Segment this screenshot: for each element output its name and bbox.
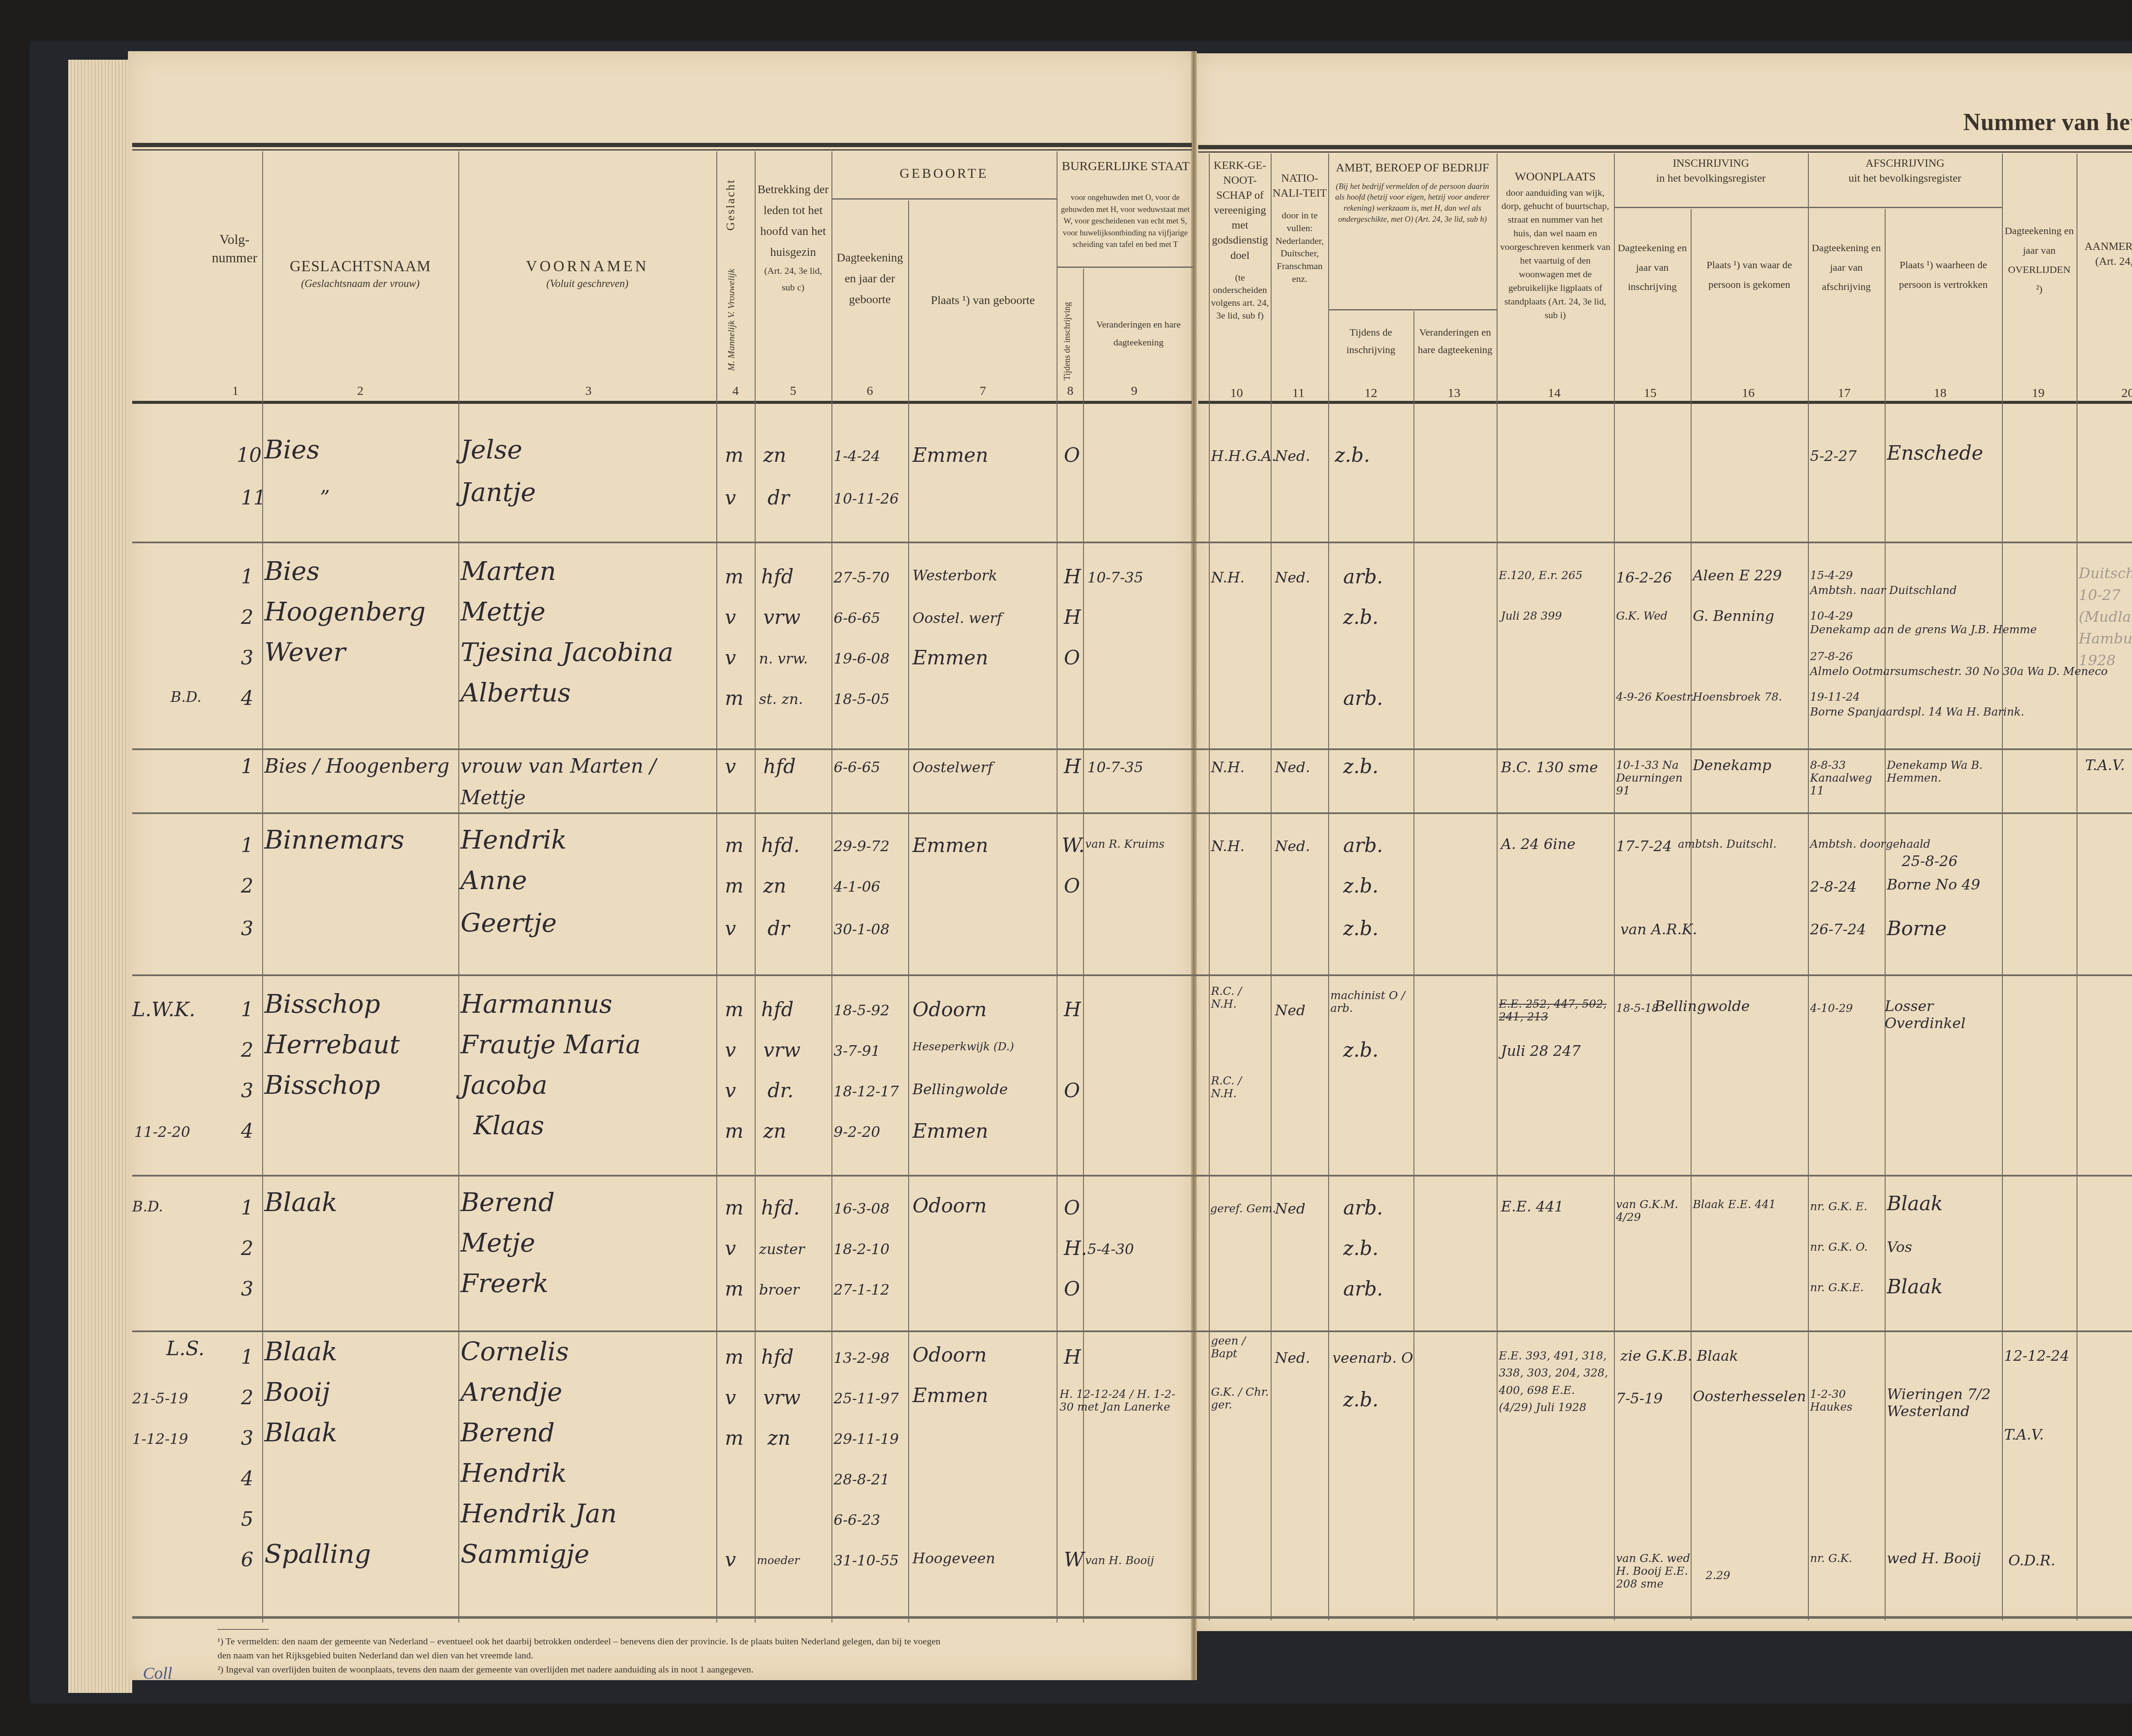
out-date: 2-8-24	[1810, 878, 1857, 896]
residence: A. 24 6ine	[1501, 836, 1576, 853]
col-number: 15	[1637, 386, 1663, 400]
in-from: Denekamp	[1693, 757, 1771, 774]
footnote-rule	[217, 1629, 269, 1630]
household-separator	[132, 542, 2132, 543]
col-number: 20	[2115, 386, 2132, 400]
row-no: 4	[241, 1467, 253, 1490]
nationality: Ned.	[1275, 759, 1310, 776]
header-col9: Veranderingen en hare dagteekening	[1085, 316, 1192, 351]
header-geslachtsnaam-sub: (Geslachtsnaam der vrouw)	[264, 277, 456, 291]
in-from: ambtsh. Duitschl.	[1678, 838, 1776, 851]
row-no: 2	[241, 1386, 253, 1409]
given-names: Klaas	[473, 1111, 544, 1141]
in-from: Oosterhesselen	[1693, 1388, 1806, 1405]
birth-place: Heseperkwijk (D.)	[912, 1040, 1014, 1053]
in-from: Bellingwolde	[1654, 998, 1750, 1015]
occupation: machinist O / arb.	[1330, 989, 1411, 1015]
burgerlijke-staat-subrule	[1057, 267, 1193, 268]
given-names: Jelse	[461, 435, 522, 465]
sex: m	[725, 998, 744, 1021]
col-divider	[1328, 154, 1329, 1620]
civil-change: van R. Kruims	[1085, 838, 1164, 851]
row-no: 3	[241, 1277, 253, 1300]
col-number: 1	[223, 384, 248, 398]
row-no: 3	[241, 917, 253, 940]
church: H.H.G.A.	[1211, 448, 1276, 465]
residence: E.E. 252, 447, 502, 241, 213	[1499, 998, 1610, 1023]
occupation: veenarb. O	[1332, 1350, 1413, 1367]
header-geslachtsnaam-title: GESLACHTSNAAM	[264, 256, 456, 277]
surname: Bies	[264, 435, 320, 465]
header-nationaliteit: NATIO-NALI-TEIT door in te vullen: Neder…	[1272, 171, 1327, 285]
out-to: Vos	[1887, 1239, 1912, 1256]
col-number: 6	[857, 384, 883, 398]
given-names: Berend	[461, 1188, 555, 1217]
col-divider	[716, 151, 717, 1623]
margin-note: L.W.K.	[132, 998, 195, 1021]
col-number: 8	[1057, 384, 1083, 398]
civil-status: H. 12-12-24 / H. 1-2-30 met Jan Lanerke	[1060, 1388, 1188, 1414]
page-edges	[68, 60, 132, 1693]
col-divider	[262, 151, 263, 1623]
table-bottom-rule	[132, 1616, 2132, 1619]
sex: v	[725, 1237, 736, 1260]
header-betrekking-title: Betrekking der leden tot het hoofd van h…	[757, 179, 829, 263]
row-no: 2	[241, 1038, 253, 1061]
col-number: 16	[1735, 386, 1761, 400]
out-date: nr. G.K.E.	[1810, 1281, 1864, 1294]
relation: hfd	[761, 565, 794, 588]
church: geen / Bapt	[1211, 1335, 1271, 1360]
surname: Bisschop	[264, 989, 380, 1019]
sex: m	[725, 874, 744, 897]
household-separator	[132, 974, 2132, 976]
header-geslachtsnaam: GESLACHTSNAAM (Geslachtsnaam der vrouw)	[264, 256, 456, 291]
residence: Juli 28 399	[1501, 610, 1562, 623]
out-to: Blaak	[1887, 1192, 1943, 1215]
in-date: 16-2-26	[1616, 569, 1672, 586]
in-date: 10-1-33 Na Deurningen 91	[1616, 759, 1689, 797]
out-to: Borne No 49	[1887, 876, 1980, 893]
birth-place: Emmen	[912, 443, 988, 467]
header-col8: Tijdens de inschrijving	[1062, 299, 1073, 384]
church: N.H.	[1211, 759, 1245, 776]
header-volgnummer: Volg-nummer	[209, 230, 260, 267]
header-afschrijving-title: AFSCHRIJVING	[1808, 156, 2002, 171]
civil-status: W	[1064, 1548, 1084, 1571]
birth-date: 4-1-06	[834, 878, 881, 896]
surname: Spalling	[264, 1539, 371, 1569]
sex: v	[725, 1038, 736, 1061]
given-names: Mettje	[461, 597, 545, 627]
nationality: Ned.	[1275, 448, 1310, 465]
header-col6: Dagteekening en jaar der geboorte	[834, 247, 906, 310]
birth-date: 27-1-12	[834, 1281, 889, 1298]
civil-status: W.	[1062, 834, 1085, 857]
relation: hfd.	[761, 834, 800, 857]
in-date: van G.K. wed H. Booij E.E. 208 sme	[1616, 1552, 1697, 1591]
in-date: 17-7-24	[1616, 838, 1672, 855]
row-no: 10	[237, 443, 262, 467]
header-betrekking-sub: (Art. 24, 3e lid, sub c)	[757, 263, 829, 296]
row-no: 1	[241, 565, 253, 588]
out-date: 10-4-29	[1810, 610, 1853, 623]
given-names: Tjesina Jacobina	[461, 638, 673, 667]
birth-date: 18-5-92	[834, 1002, 889, 1019]
sex: m	[725, 1345, 744, 1368]
row-no: 2	[241, 1237, 253, 1260]
out-to: Denekamp Wa B. Hemmen.	[1887, 759, 1998, 785]
header-col10-sub: (te onderscheiden volgens art. 24, 3e li…	[1210, 271, 1270, 322]
col-number: 9	[1121, 384, 1147, 398]
birth-date: 18-2-10	[834, 1241, 889, 1258]
header-geslacht-sub: M. Mannelijk V. Vrouwelijk	[725, 264, 738, 375]
footnote-1: ¹) Te vermelden: den naam der gemeente v…	[217, 1634, 942, 1662]
header-top-thin-left	[132, 149, 1192, 151]
given-names: Albertus	[461, 678, 571, 708]
church: N.H.	[1211, 838, 1245, 855]
header-col15: Dagteekening en jaar van inschrijving	[1616, 239, 1689, 297]
given-names: Marten	[461, 556, 556, 586]
nationality: Ned	[1275, 1002, 1306, 1019]
civil-status: O	[1064, 1196, 1080, 1219]
book-gutter	[1191, 51, 1197, 1680]
col-number: 2	[348, 384, 373, 398]
header-col10-title: KERK-GE-NOOT-SCHAP of vereeniging met go…	[1210, 158, 1270, 263]
in-from: 2.29	[1706, 1569, 1730, 1582]
col-divider	[2077, 154, 2077, 1620]
relation: dr	[768, 917, 789, 940]
death-date: 12-12-24	[2004, 1348, 2069, 1365]
occupation: z.b.	[1343, 1388, 1379, 1411]
header-afschrijving: AFSCHRIJVING uit het bevolkingsregister	[1808, 156, 2002, 185]
relation: zn	[763, 443, 786, 467]
church: N.H.	[1211, 569, 1245, 586]
out-to: Ambtsh. naar Duitschland	[1810, 584, 1957, 597]
header-ambt: AMBT, BEROEP OF BEDRIJF (Bij het bedrijf…	[1330, 160, 1495, 225]
in-date: G.K. Wed	[1616, 610, 1668, 623]
out-to: Wieringen 7/2 Westerland	[1887, 1386, 1998, 1420]
margin-note: 1-12-19	[132, 1431, 188, 1448]
surname: Bies	[264, 556, 320, 586]
header-top-rule-left	[132, 143, 1192, 147]
residence: E.E. 393, 491, 318, 338, 303, 204, 328, …	[1499, 1348, 1612, 1416]
given-names: Frautje Maria	[461, 1030, 641, 1060]
surname: Bisschop	[264, 1070, 380, 1100]
in-from: Hoensbroek 78.	[1693, 691, 1782, 704]
out-date: 26-7-24	[1810, 921, 1866, 938]
header-woonplaats: WOONPLAATS door aanduiding van wijk, dor…	[1499, 168, 1612, 322]
given-names: vrouw van Marten / Mettje	[461, 751, 712, 813]
row-no: 1	[241, 834, 253, 857]
occupation: arb.	[1343, 834, 1383, 857]
civil-change: 5-4-30	[1087, 1241, 1134, 1258]
relation: hfd	[763, 755, 796, 778]
sex: v	[725, 917, 736, 940]
death-date: T.A.V.	[2004, 1426, 2044, 1443]
birth-date: 29-9-72	[834, 838, 889, 855]
header-geslacht: Geslacht	[723, 162, 739, 247]
out-date: nr. G.K. E.	[1810, 1200, 1867, 1213]
birth-date: 6-6-23	[834, 1512, 881, 1529]
church: geref. Gem.	[1210, 1203, 1276, 1215]
header-voornamen-sub: (Voluit geschreven)	[461, 277, 714, 291]
margin-note-coll: Coll	[143, 1663, 172, 1683]
header-voornamen-title: VOORNAMEN	[461, 256, 714, 277]
row-no: 1	[241, 1196, 253, 1219]
household-separator	[132, 748, 2132, 750]
in-date: van A.R.K.	[1620, 921, 1697, 938]
header-col16: Plaats ¹) van waar de persoon is gekomen	[1693, 256, 1806, 295]
header-col20-title: AANMERKINGEN	[2079, 239, 2132, 254]
occupation: z.b.	[1343, 874, 1379, 897]
relation: moeder	[757, 1554, 799, 1567]
surname: Bies / Hoogenberg	[264, 751, 456, 782]
surname: Herrebaut	[264, 1030, 400, 1060]
footnote-2: ²) Ingeval van overlijden buiten de woon…	[217, 1662, 942, 1676]
out-to: Denekamp aan de grens Wa J.B. Hemme	[1810, 623, 2037, 636]
out-to: wed H. Booij	[1887, 1550, 1981, 1567]
col-divider	[1271, 154, 1272, 1620]
sheet-number-label: Nummer van het blad	[1963, 109, 2132, 136]
row-no: 6	[241, 1548, 253, 1571]
margin-note: 21-5-19	[132, 1390, 188, 1407]
birth-date: 6-6-65	[834, 610, 881, 627]
occupation: z.b.	[1343, 1038, 1379, 1061]
col-divider	[1614, 154, 1615, 1620]
civil-change: 10-7-35	[1087, 569, 1143, 586]
header-inschrijving-title: INSCHRIJVING	[1614, 156, 1808, 171]
surname: Binnemars	[264, 825, 404, 855]
surname: Booij	[264, 1377, 330, 1407]
birth-date: 13-2-98	[834, 1350, 889, 1367]
ambt-subrule	[1328, 309, 1497, 310]
col-divider	[1497, 154, 1498, 1620]
header-col19: Dagteekening en jaar van OVERLIJDEN ²)	[2004, 222, 2074, 299]
margin-note: B.D.	[171, 689, 202, 706]
out-to: Blaak	[1887, 1275, 1943, 1298]
household-separator	[132, 812, 2132, 814]
civil-status: H	[1064, 565, 1081, 588]
relation: zn	[768, 1426, 791, 1449]
given-names: Hendrik Jan	[461, 1499, 617, 1529]
occupation: arb.	[1343, 1196, 1383, 1219]
occupation: z.b.	[1335, 443, 1370, 467]
surname: Blaak	[264, 1418, 337, 1448]
relation: zn	[763, 874, 786, 897]
birth-date: 9-2-20	[834, 1124, 881, 1141]
in-from: Blaak E.E. 441	[1693, 1198, 1776, 1211]
sex: v	[725, 606, 736, 629]
occupation: z.b.	[1343, 755, 1379, 778]
civil-status: O	[1064, 1079, 1080, 1102]
death-date: O.D.R.	[2008, 1552, 2055, 1569]
birth-date: 1-4-24	[834, 448, 881, 465]
birth-place: Odoorn	[912, 998, 987, 1021]
header-col11-sub: door in te vullen: Nederlander, Duitsche…	[1272, 209, 1327, 285]
col-number: 4	[723, 384, 748, 398]
birth-place: Emmen	[912, 834, 988, 857]
row-no: 2	[241, 874, 253, 897]
row-no: 1	[241, 998, 253, 1021]
sex: m	[725, 443, 744, 467]
out-date: 8-8-33 Kanaalweg 11	[1810, 759, 1883, 797]
header-voornamen: VOORNAMEN (Voluit geschreven)	[461, 256, 714, 291]
surname: Hoogenberg	[264, 597, 426, 627]
col-number: 19	[2025, 386, 2051, 400]
given-names: Metje	[461, 1228, 535, 1258]
inschrijving-subrule	[1614, 207, 1808, 208]
in-date: van G.K.M. 4/29	[1616, 1198, 1689, 1224]
col-divider	[755, 151, 756, 1623]
col-divider	[908, 200, 909, 1623]
header-ambt-note: (Bij het bedrijf vermelden of de persoon…	[1330, 181, 1495, 225]
out-date: nr. G.K. O.	[1810, 1241, 1868, 1254]
header-col17: Dagteekening en jaar van afschrijving	[1810, 239, 1883, 297]
sex: v	[725, 646, 736, 669]
birth-date: 18-5-05	[834, 691, 889, 708]
col-number: 17	[1831, 386, 1857, 400]
row-no: 4	[241, 1119, 253, 1142]
row-no: 4	[241, 687, 253, 710]
given-names: Freerk	[461, 1269, 548, 1298]
out-date: 19-11-24	[1810, 691, 1860, 704]
header-inschrijving-sub: in het bevolkingsregister	[1614, 171, 1808, 185]
surname: Wever	[264, 638, 345, 667]
relation: n. vrw.	[759, 650, 808, 667]
birth-place: Westerbork	[912, 567, 997, 584]
residence: B.C. 130 sme	[1501, 759, 1598, 776]
relation: dr	[768, 486, 789, 509]
birth-place: Emmen	[912, 1384, 988, 1407]
sex: m	[725, 1119, 744, 1142]
given-names: Cornelis	[461, 1337, 569, 1367]
birth-place: Hoogeveen	[912, 1550, 995, 1567]
margin-note: B.D.	[132, 1198, 163, 1215]
birth-date: 28-8-21	[834, 1471, 889, 1488]
header-woonplaats-title: WOONPLAATS	[1499, 168, 1612, 186]
surname: Blaak	[264, 1337, 337, 1367]
relation: zuster	[759, 1241, 805, 1258]
col-divider	[2002, 154, 2003, 1620]
occupation: z.b.	[1343, 917, 1379, 940]
birth-date: 6-6-65	[834, 759, 881, 776]
birth-place: Odoorn	[912, 1194, 987, 1217]
sex: m	[725, 687, 744, 710]
row-no: 5	[241, 1507, 253, 1530]
in-from: Aleen E 229	[1693, 567, 1782, 584]
birth-place: Oostelwerf	[912, 759, 993, 776]
given-names: Anne	[461, 866, 527, 896]
civil-status: H	[1064, 755, 1081, 778]
row-no: 11	[241, 486, 266, 509]
header-ambt-title: AMBT, BEROEP OF BEDRIJF	[1330, 160, 1495, 176]
header-bottom-rule-left	[132, 401, 1192, 404]
birth-place: Odoorn	[912, 1343, 987, 1366]
geboorte-subrule	[831, 198, 1057, 200]
header-col20-sub: (Art. 24, 5e lid)	[2079, 254, 2132, 269]
header-col11-title: NATIO-NALI-TEIT	[1272, 171, 1327, 200]
margin-note: L.S.	[166, 1337, 205, 1360]
remarks: T.A.V.	[2085, 757, 2125, 774]
birth-date: 3-7-91	[834, 1043, 881, 1060]
out-date: Ambtsh. doorgehaald	[1810, 838, 1930, 851]
sex: v	[725, 755, 736, 778]
birth-date: 18-12-17	[834, 1083, 899, 1100]
col-number: 12	[1358, 386, 1384, 400]
nationality: Ned.	[1275, 838, 1310, 855]
civil-status: H.	[1064, 1237, 1087, 1260]
birth-place: Oostel. werf	[912, 610, 1002, 627]
out-to: Almelo Ootmarsumschestr. 30 No 30a Wa D.…	[1810, 665, 2108, 678]
col-number: 7	[970, 384, 996, 398]
birth-date: 27-5-70	[834, 569, 889, 586]
relation: hfd	[761, 1345, 794, 1368]
occupation: z.b.	[1343, 1237, 1379, 1260]
out-date: 27-8-26	[1810, 650, 1853, 663]
surname: Blaak	[264, 1188, 337, 1217]
relation: dr.	[768, 1079, 794, 1102]
header-kerkgenootschap: KERK-GE-NOOT-SCHAP of vereeniging met go…	[1210, 158, 1270, 322]
relation: broer	[759, 1281, 799, 1298]
out-to: Enschede	[1887, 441, 1983, 464]
col-number: 10	[1224, 386, 1249, 400]
civil-change: 10-7-35	[1087, 759, 1143, 776]
header-burgerlijke-staat: BURGERLIJKE STAAT	[1057, 158, 1194, 175]
in-from: G. Benning	[1693, 608, 1774, 625]
relation: vrw	[763, 1386, 800, 1409]
birth-place: Emmen	[912, 1119, 988, 1142]
footnotes: ¹) Te vermelden: den naam der gemeente v…	[217, 1629, 942, 1676]
in-date: 18-5-18	[1616, 1002, 1659, 1015]
given-names: Harmannus	[461, 989, 612, 1019]
col-number: 11	[1286, 386, 1311, 400]
given-names: Sammigje	[461, 1539, 589, 1569]
afschrijving-subrule	[1808, 207, 2002, 208]
sex: v	[725, 1386, 736, 1409]
civil-status: O	[1064, 646, 1080, 669]
header-afschrijving-sub: uit het bevolkingsregister	[1808, 171, 2002, 185]
remarks-faint: Duitschland 10-27 (Mudlagt) Hamburg 1928	[2079, 563, 2132, 672]
relation: vrw	[763, 1038, 800, 1061]
col-divider	[1414, 311, 1414, 1620]
sex: m	[725, 1196, 744, 1219]
out-to: Losser Overdinkel	[1885, 998, 1978, 1032]
row-no: 1	[241, 1345, 253, 1368]
residence: Juli 28 247	[1501, 1043, 1581, 1060]
birth-date: 19-6-08	[834, 650, 889, 667]
col-divider	[1057, 151, 1057, 1623]
header-woonplaats-sub: door aanduiding van wijk, dorp, gehucht …	[1499, 186, 1612, 322]
col-divider	[1691, 209, 1692, 1620]
relation: st. zn.	[759, 691, 803, 708]
given-names: Jacoba	[461, 1070, 547, 1100]
header-top-thin-right	[1198, 151, 2132, 153]
occupation: arb.	[1343, 687, 1383, 710]
nationality: Ned.	[1275, 1350, 1310, 1367]
in-date: zie G.K.B. Blaak	[1620, 1348, 1738, 1365]
given-names: Hendrik	[461, 825, 567, 855]
header-col18: Plaats ¹) waarheen de persoon is vertrok…	[1887, 256, 2000, 295]
out-to: 25-8-26	[1902, 853, 1958, 870]
civil-status: O	[1064, 1277, 1080, 1300]
col-number: 18	[1927, 386, 1953, 400]
residence: E.120, E.r. 265	[1499, 569, 1582, 582]
margin-note: 11-2-20	[134, 1124, 190, 1141]
birth-date: 25-11-97	[834, 1390, 899, 1407]
church: R.C. / N.H.	[1211, 1075, 1271, 1100]
sex: v	[725, 1079, 736, 1102]
